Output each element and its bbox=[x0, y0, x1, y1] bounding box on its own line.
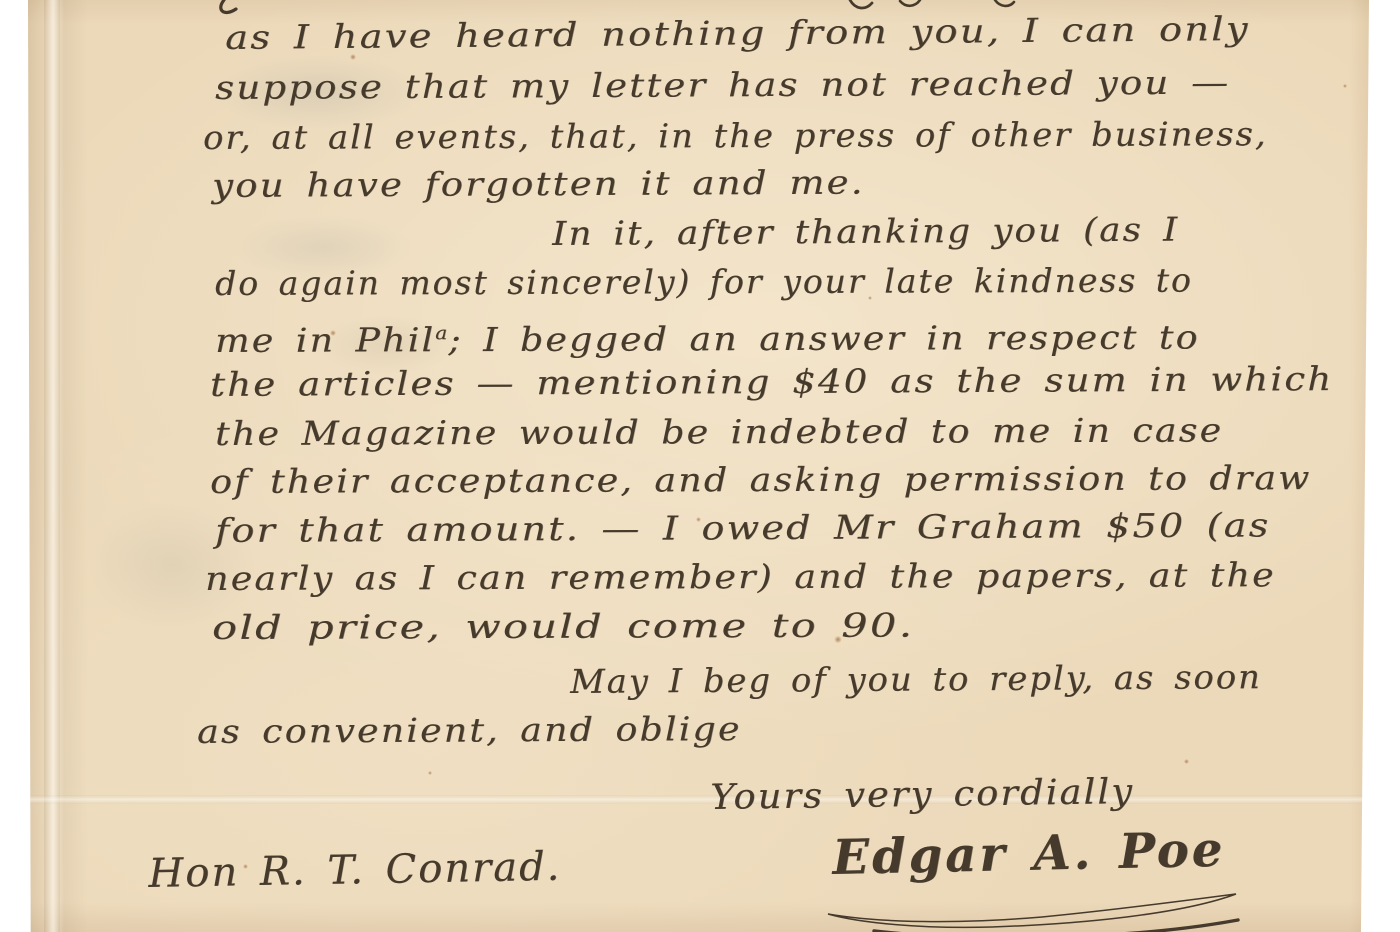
letter-line-03: or, at all events, that, in the press of… bbox=[203, 112, 1268, 160]
letter-line-02: suppose that my letter has not reached y… bbox=[215, 61, 1230, 110]
paper-horizontal-fold bbox=[28, 795, 1369, 804]
letter-line-01: as I have heard nothing from you, I can … bbox=[225, 7, 1250, 60]
letter-line-15: as convenient, and oblige bbox=[197, 707, 742, 754]
letter-line-05: In it, after thanking you (as I bbox=[552, 208, 1179, 256]
signature-flourish bbox=[820, 890, 1244, 932]
letter-line-13: old price, would come to 90. bbox=[212, 604, 914, 650]
foxing-spot bbox=[428, 771, 432, 775]
paper-left-crease bbox=[44, 0, 60, 932]
letter-photograph: as I have heard nothing from you, I can … bbox=[0, 0, 1400, 932]
letter-closing: Yours very cordially bbox=[710, 770, 1134, 820]
recipient-line: Hon R. T. Conrad. bbox=[148, 845, 562, 896]
letter-line-07-text: me in Phil bbox=[215, 320, 435, 360]
letter-line-06: do again most sincerely) for your late k… bbox=[215, 259, 1193, 306]
superscript-abbreviation: a bbox=[435, 323, 448, 344]
letter-paper: as I have heard nothing from you, I can … bbox=[28, 0, 1369, 932]
poe-signature: Edgar A. Poe bbox=[832, 828, 1226, 880]
foxing-spot bbox=[1343, 84, 1347, 88]
letter-line-07-rest: ; I begged an answer in respect to bbox=[448, 318, 1200, 360]
letter-line-08: the articles — mentioning $40 as the sum… bbox=[210, 357, 1333, 407]
letter-line-12: nearly as I can remember) and the papers… bbox=[205, 553, 1276, 601]
letter-line-04: you have forgotten it and me. bbox=[212, 161, 865, 208]
letter-line-09: the Magazine would be indebted to me in … bbox=[215, 408, 1223, 456]
letter-line-14: May I beg of you to reply, as soon bbox=[570, 655, 1262, 704]
letter-line-11: for that amount. — I owed Mr Graham $50 … bbox=[215, 503, 1271, 553]
letter-line-07: me in Phila; I begged an answer in respe… bbox=[215, 310, 1200, 363]
foxing-spot bbox=[1184, 759, 1189, 764]
letter-line-10: of their acceptance, and asking permissi… bbox=[210, 456, 1312, 504]
